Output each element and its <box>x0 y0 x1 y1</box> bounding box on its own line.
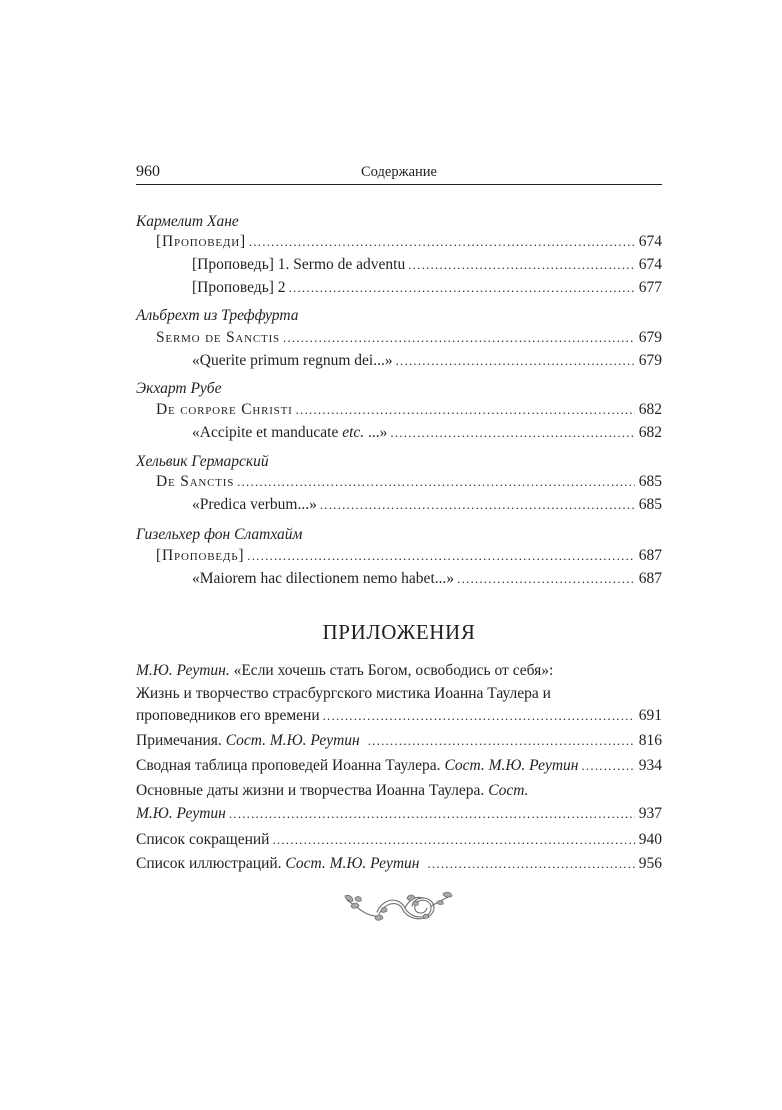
toc-page-number: 685 <box>639 494 662 516</box>
toc-author: Экхарт Рубе <box>136 378 662 400</box>
leader-dots <box>457 568 635 590</box>
toc-page-number: 687 <box>639 545 662 567</box>
toc-entry-label: De Sanctis <box>156 471 234 493</box>
appendix-entry[interactable]: Основные даты жизни и творчества Иоанна … <box>136 780 662 825</box>
leader-dots <box>296 399 635 421</box>
leader-dots <box>323 705 635 728</box>
toc-entry[interactable]: «Accipite et manducate etc. ...» 682 <box>136 422 662 444</box>
leader-dots <box>272 829 634 852</box>
toc-entry-label: «Accipite et manducate etc. ...» <box>192 422 387 444</box>
toc-page-number: 956 <box>639 853 662 876</box>
leader-dots <box>427 853 634 876</box>
vine-flourish-ornament-icon <box>339 888 459 928</box>
leader-dots <box>320 494 635 516</box>
appendix-entry-line: М.Ю. Реутин 937 <box>136 803 662 826</box>
toc-page-number: 940 <box>639 829 662 852</box>
toc-entry[interactable]: [Проповедь] 1. Sermo de adventu 674 <box>136 254 662 276</box>
appendix-entry-label: Сводная таблица проповедей Иоанна Таулер… <box>136 755 578 778</box>
toc-entry-label: [Проповедь] 2 <box>192 277 286 299</box>
leader-dots <box>408 254 635 276</box>
appendix-entry-line: проповедников его времени 691 <box>136 705 662 728</box>
appendix-entry[interactable]: М.Ю. Реутин. «Если хочешь стать Богом, о… <box>136 660 662 728</box>
toc-entry-label: «Predica verbum...» <box>192 494 317 516</box>
toc-author: Кармелит Хане <box>136 211 662 233</box>
toc-author: Гизельхер фон Слатхайм <box>136 524 662 546</box>
toc-page-number: 816 <box>639 730 662 753</box>
leader-dots <box>396 350 635 372</box>
toc-entry[interactable]: «Predica verbum...» 685 <box>136 494 662 516</box>
toc-entry[interactable]: [Проповедь] 2 677 <box>136 277 662 299</box>
leader-dots <box>368 730 635 753</box>
appendix-entry-label: Примечания. Сост. М.Ю. Реутин <box>136 730 360 753</box>
appendix-entry-label: Список иллюстраций. Сост. М.Ю. Реутин <box>136 853 419 876</box>
toc-page-number: 934 <box>639 755 662 778</box>
toc-entry-label: [Проповедь] <box>156 545 244 567</box>
appendix-entry-line: Жизнь и творчество страсбургского мистик… <box>136 683 662 706</box>
toc-page-number: 937 <box>639 803 662 826</box>
toc-page-number: 682 <box>639 399 662 421</box>
toc-entry[interactable]: De corpore Christi 682 <box>136 399 662 421</box>
leader-dots <box>237 471 635 493</box>
toc-entry-label: «Maiorem hac dilectionem nemo habet...» <box>192 568 454 590</box>
toc-page-number: 677 <box>639 277 662 299</box>
leader-dots <box>283 327 635 349</box>
appendix-entry[interactable]: Примечания. Сост. М.Ю. Реутин 816 <box>136 730 662 753</box>
toc-entry[interactable]: De Sanctis 685 <box>136 471 662 493</box>
toc-entry[interactable]: Sermo de Sanctis 679 <box>136 327 662 349</box>
appendix-entry-line: Основные даты жизни и творчества Иоанна … <box>136 780 662 803</box>
leader-dots <box>247 545 634 567</box>
toc-entry-label: «Querite primum regnum dei...» <box>192 350 393 372</box>
book-page: 960 Содержание Кармелит Хане [Проповеди]… <box>136 0 662 1110</box>
running-head-title: Содержание <box>136 164 662 181</box>
appendix-entry-label: Список сокращений <box>136 829 269 852</box>
toc-entry-label: Sermo de Sanctis <box>156 327 280 349</box>
toc-author: Хельвик Гермарский <box>136 451 662 473</box>
toc-entry-label: De corpore Christi <box>156 399 293 421</box>
toc-page-number: 679 <box>639 327 662 349</box>
toc-page-number: 687 <box>639 568 662 590</box>
leader-dots <box>390 422 634 444</box>
toc-page-number: 674 <box>639 231 662 253</box>
leader-dots <box>289 277 635 299</box>
toc-entry[interactable]: [Проповедь] 687 <box>136 545 662 567</box>
toc-entry[interactable]: [Проповеди] 674 <box>136 231 662 253</box>
leader-dots <box>581 755 634 778</box>
toc-page-number: 682 <box>639 422 662 444</box>
appendix-entry[interactable]: Список иллюстраций. Сост. М.Ю. Реутин 95… <box>136 853 662 876</box>
leader-dots <box>249 231 635 253</box>
appendix-entry[interactable]: Сводная таблица проповедей Иоанна Таулер… <box>136 755 662 778</box>
toc-entry-label: [Проповеди] <box>156 231 246 253</box>
running-head: 960 Содержание <box>136 160 662 184</box>
appendix-section-title: ПРИЛОЖЕНИЯ <box>136 620 662 645</box>
header-rule <box>136 184 662 185</box>
toc-page-number: 691 <box>639 705 662 728</box>
toc-page-number: 685 <box>639 471 662 493</box>
leader-dots <box>229 803 635 826</box>
appendix-entry-line: М.Ю. Реутин. «Если хочешь стать Богом, о… <box>136 660 662 683</box>
toc-page-number: 674 <box>639 254 662 276</box>
toc-entry-label: [Проповедь] 1. Sermo de adventu <box>192 254 405 276</box>
appendix-entry[interactable]: Список сокращений 940 <box>136 829 662 852</box>
toc-entry[interactable]: «Maiorem hac dilectionem nemo habet...» … <box>136 568 662 590</box>
appendix-author: М.Ю. Реутин. <box>136 662 230 679</box>
toc-page-number: 679 <box>639 350 662 372</box>
toc-author: Альбрехт из Треффурта <box>136 305 662 327</box>
toc-entry[interactable]: «Querite primum regnum dei...» 679 <box>136 350 662 372</box>
